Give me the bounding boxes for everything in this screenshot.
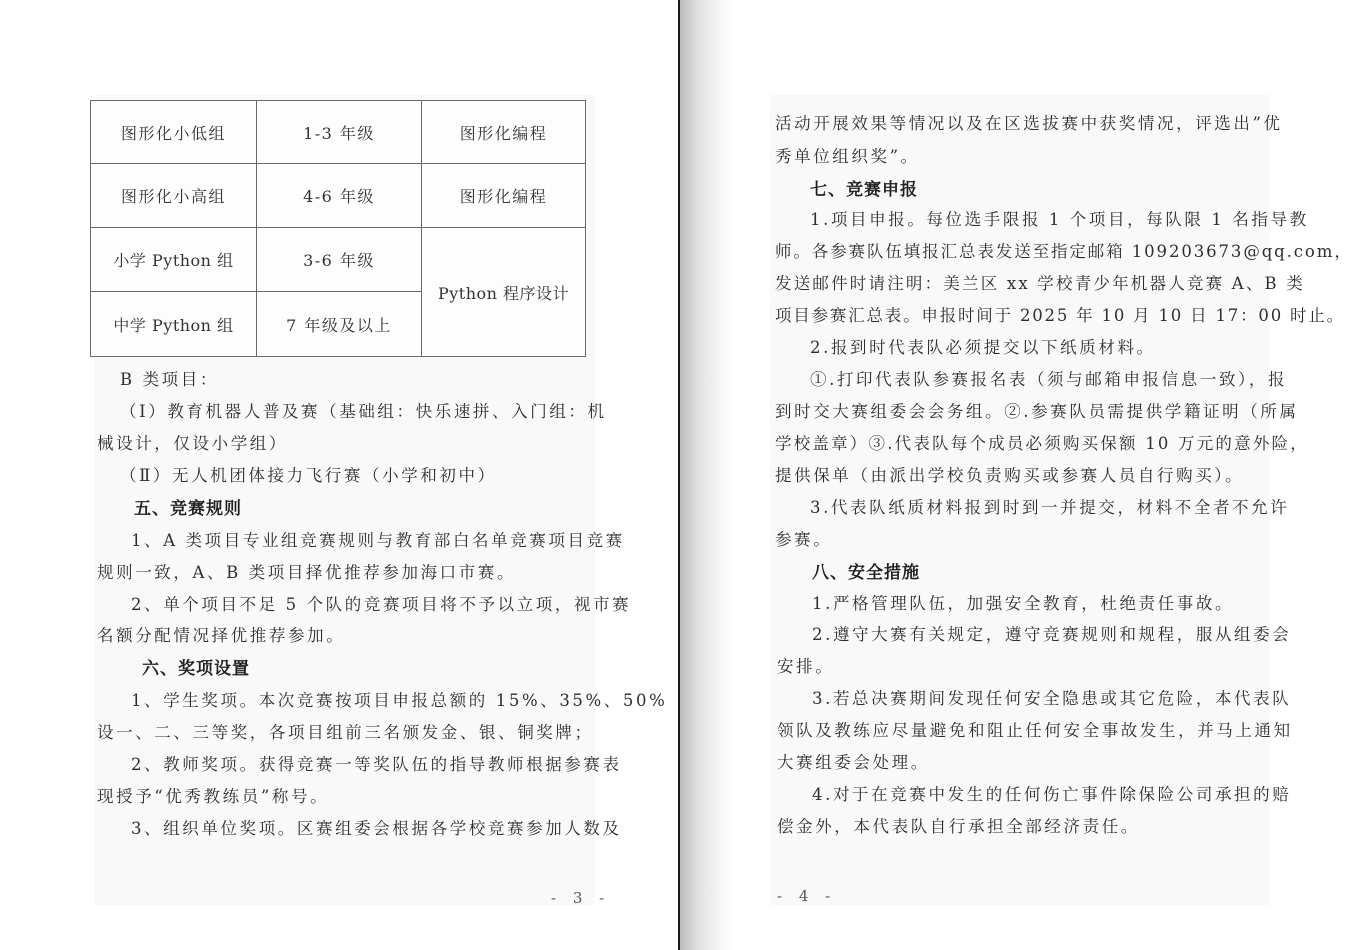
body-text-line: B 类项目：: [120, 366, 219, 390]
body-text-line: 参赛。: [775, 526, 832, 550]
body-text-line: 1.严格管理队伍，加强安全教育，杜绝责任事故。: [812, 590, 1234, 614]
body-text-line: 秀单位组织奖”。: [775, 143, 920, 167]
table-cell-grade: 1-3 年级: [257, 101, 421, 163]
page-number: - 4 -: [777, 887, 836, 905]
body-text-line: 名额分配情况择优推荐参加。: [97, 622, 345, 646]
body-text-line: 大赛组委会处理。: [777, 749, 930, 773]
body-text-line: 师。各参赛队伍填报汇总表发送至指定邮箱 109203673@qq.com，: [775, 238, 1353, 262]
body-text-line: （Ⅰ）教育机器人普及赛（基础组：快乐速拼、入门组：机: [120, 398, 607, 422]
body-text-line: 3.代表队纸质材料报到时到一并提交，材料不全者不允许: [810, 494, 1289, 518]
body-text-line: 3.若总决赛期间发现任何安全隐患或其它危险，本代表队: [812, 685, 1291, 709]
page-3: 图形化小低组 1-3 年级 图形化编程 图形化小高组 4-6 年级 图形化编程 …: [0, 0, 678, 950]
body-text-line: 规则一致，A、B 类项目择优推荐参加海口市赛。: [97, 559, 516, 583]
page-spine-shadow: [680, 0, 735, 950]
body-text-line: 2.遵守大赛有关规定，遵守竞赛规则和规程，服从组委会: [812, 621, 1291, 645]
body-text-line: 领队及教练应尽量避免和阻止任何安全事故发生，并马上通知: [777, 717, 1293, 741]
body-text-line: 2.报到时代表队必须提交以下纸质材料。: [810, 334, 1156, 358]
table-cell-grade: 4-6 年级: [257, 164, 421, 227]
section-heading: 七、竞赛申报: [810, 175, 918, 200]
body-text-line: 设一、二、三等奖，各项目组前三名颁发金、银、铜奖牌；: [97, 719, 594, 743]
body-text-line: 1.项目申报。每位选手限报 1 个项目，每队限 1 名指导教: [810, 206, 1309, 230]
body-text-line: 现授予“优秀教练员”称号。: [97, 783, 329, 807]
table-cell-group: 图形化小高组: [91, 164, 256, 227]
table-cell-group: 小学 Python 组: [91, 228, 256, 291]
table-cell-grade: 3-6 年级: [257, 228, 421, 291]
body-text-line: ①.打印代表队参赛报名表（须与邮箱申报信息一致），报: [810, 366, 1287, 390]
body-text-line: （Ⅱ）无人机团体接力飞行赛（小学和初中）: [120, 462, 497, 486]
body-text-line: 安排。: [777, 653, 834, 677]
body-text-line: 提供保单（由派出学校负责购买或参赛人员自行购买）。: [775, 462, 1244, 486]
table-cell-grade: 7 年级及以上: [257, 292, 421, 356]
body-text-line: 偿金外，本代表队自行承担全部经济责任。: [777, 813, 1140, 837]
body-text-line: 到时交大赛组委会会务组。②.参赛队员需提供学籍证明（所属: [775, 398, 1299, 422]
section-heading: 五、竞赛规则: [134, 494, 242, 519]
body-text-line: 发送邮件时请注明：美兰区 xx 学校青少年机器人竞赛 A、B 类: [775, 270, 1305, 294]
table-cell-group: 中学 Python 组: [91, 292, 256, 356]
body-text-line: 项目参赛汇总表。申报时间于 2025 年 10 月 10 日 17：00 时止。: [775, 302, 1345, 326]
table-cell-content: 图形化编程: [422, 164, 585, 227]
table-cell-group: 图形化小低组: [91, 101, 256, 163]
body-text-line: 学校盖章）③.代表队每个成员必须购买保额 10 万元的意外险，: [775, 430, 1309, 454]
body-text-line: 2、教师奖项。获得竞赛一等奖队伍的指导教师根据参赛表: [131, 751, 622, 775]
body-text-line: 2、单个项目不足 5 个队的竞赛项目将不予以立项，视市赛: [131, 591, 631, 615]
table-cell-content: 图形化编程: [422, 101, 585, 163]
section-heading: 八、安全措施: [812, 558, 920, 583]
body-text-line: 活动开展效果等情况以及在区选拔赛中获奖情况，评选出”优: [775, 110, 1283, 134]
table-cell-content-merged: Python 程序设计: [422, 228, 585, 356]
body-text-line: 3、组织单位奖项。区赛组委会根据各学校竞赛参加人数及: [131, 815, 622, 839]
body-text-line: 4.对于在竞赛中发生的任何伤亡事件除保险公司承担的赔: [812, 781, 1291, 805]
body-text-line: 械设计，仅设小学组）: [97, 430, 288, 454]
competition-group-table: 图形化小低组 1-3 年级 图形化编程 图形化小高组 4-6 年级 图形化编程 …: [90, 100, 586, 357]
body-text-line: 1、学生奖项。本次竞赛按项目申报总额的 15%、35%、50%: [131, 687, 667, 711]
section-heading: 六、奖项设置: [142, 654, 250, 679]
page-number: - 3 -: [551, 889, 610, 907]
body-text-line: 1、A 类项目专业组竞赛规则与教育部白名单竞赛项目竞赛: [131, 527, 625, 551]
